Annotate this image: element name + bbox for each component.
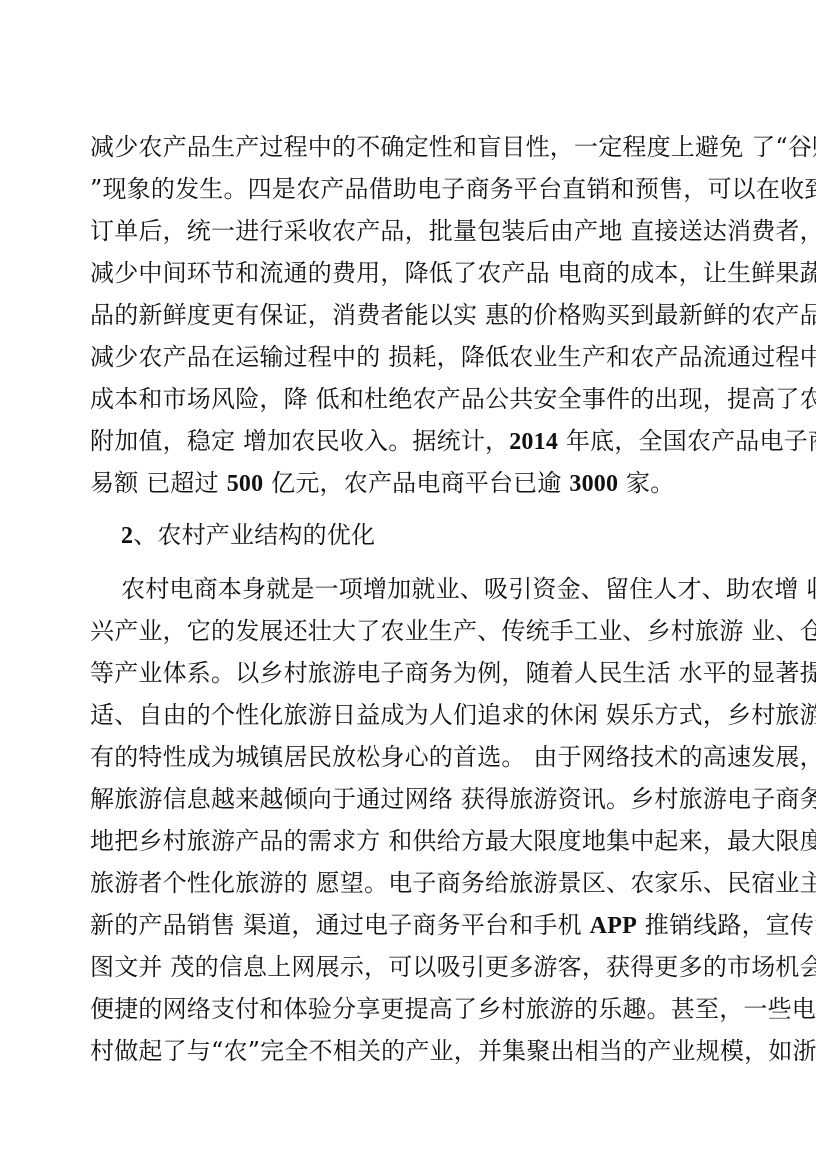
- text-line: 旅游者个性化旅游的 愿望。电子商务给旅游景区、农家乐、民宿业主带来了: [90, 868, 730, 898]
- text-line: 适、自由的个性化旅游日益成为人们追求的休闲 娱乐方式，乡村旅游以其独: [90, 700, 730, 730]
- text-line: 村做起了与“农”完全不相关的产业，并集聚出相当的产业规模，如浙江省缙: [90, 1036, 730, 1066]
- amount-value: 500: [227, 471, 264, 497]
- year-value: 2014: [509, 429, 558, 455]
- text-line: 成本和市场风险，降 低和杜绝农产品公共安全事件的出现，提高了农产品的: [90, 384, 730, 414]
- text-line: 减少中间环节和流通的费用，降低了农产品 电商的成本，让生鲜果蔬类农产: [90, 258, 730, 288]
- section-title: 、农村产业结构的优化: [133, 521, 375, 549]
- text-segment: 易额 已超过: [90, 469, 219, 497]
- text-segment: 亿元，农产品电商平台已逾: [271, 469, 561, 497]
- text-line: ”现象的发生。四是农产品借助电子商务平台直销和预售，可以在收到消费者: [90, 174, 730, 204]
- text-line-app: 新的产品销售 渠道，通过电子商务平台和手机 APP 推销线路，宣传资料制成: [90, 910, 730, 940]
- text-line: 减少农产品在运输过程中的 损耗，降低农业生产和农产品流通过程中的物流: [90, 342, 730, 372]
- text-line: 便捷的网络支付和体验分享更提高了乡村旅游的乐趣。甚至，一些电 子商务: [90, 994, 730, 1024]
- text-segment: 推销线路，宣传资料制成: [645, 911, 816, 939]
- document-page: 减少农产品生产过程中的不确定性和盲目性，一定程度上避免 了“谷贱伤农 ”现象的发…: [0, 0, 816, 1153]
- section-heading: 2、农村产业结构的优化: [121, 520, 761, 550]
- text-line: 农村电商本身就是一项增加就业、吸引资金、留住人才、助农增 收的新: [121, 574, 761, 604]
- text-segment: 家。: [626, 469, 674, 497]
- app-term: APP: [590, 913, 637, 939]
- text-line-stats: 附加值，稳定 增加农民收入。据统计，2014 年底，全国农产品电子商务年交: [90, 426, 730, 456]
- text-line: 图文并 茂的信息上网展示，可以吸引更多游客，获得更多的市场机会。同时，: [90, 952, 730, 982]
- text-line: 兴产业，它的发展还壮大了农业生产、传统手工业、乡村旅游 业、仓储物流: [90, 616, 730, 646]
- text-line-stats: 易额 已超过 500 亿元，农产品电商平台已逾 3000 家。: [90, 468, 730, 498]
- text-line: 等产业体系。以乡村旅游电子商务为例，随着人民生活 水平的显著提高，舒: [90, 658, 730, 688]
- text-line: 减少农产品生产过程中的不确定性和盲目性，一定程度上避免 了“谷贱伤农: [90, 132, 730, 162]
- section-number: 2: [121, 523, 133, 549]
- text-line: 品的新鲜度更有保证，消费者能以实 惠的价格购买到最新鲜的农产品。同时，: [90, 300, 730, 330]
- text-line: 订单后，统一进行采收农产品，批量包装后由产地 直接送达消费者，有效地: [90, 216, 730, 246]
- count-value: 3000: [569, 471, 618, 497]
- text-line: 有的特性成为城镇居民放松身心的首选。 由于网络技术的高速发展，游客了: [90, 742, 730, 772]
- text-segment: 附加值，稳定 增加农民收入。据统计，: [90, 427, 509, 455]
- text-segment: 年底，全国农产品电子商务年交: [566, 427, 816, 455]
- text-line: 解旅游信息越来越倾向于通过网络 获得旅游资讯。乡村旅游电子商务能有效: [90, 784, 730, 814]
- text-segment: 新的产品销售 渠道，通过电子商务平台和手机: [90, 911, 582, 939]
- text-line: 地把乡村旅游产品的需求方 和供给方最大限度地集中起来，最大限度地满足: [90, 826, 730, 856]
